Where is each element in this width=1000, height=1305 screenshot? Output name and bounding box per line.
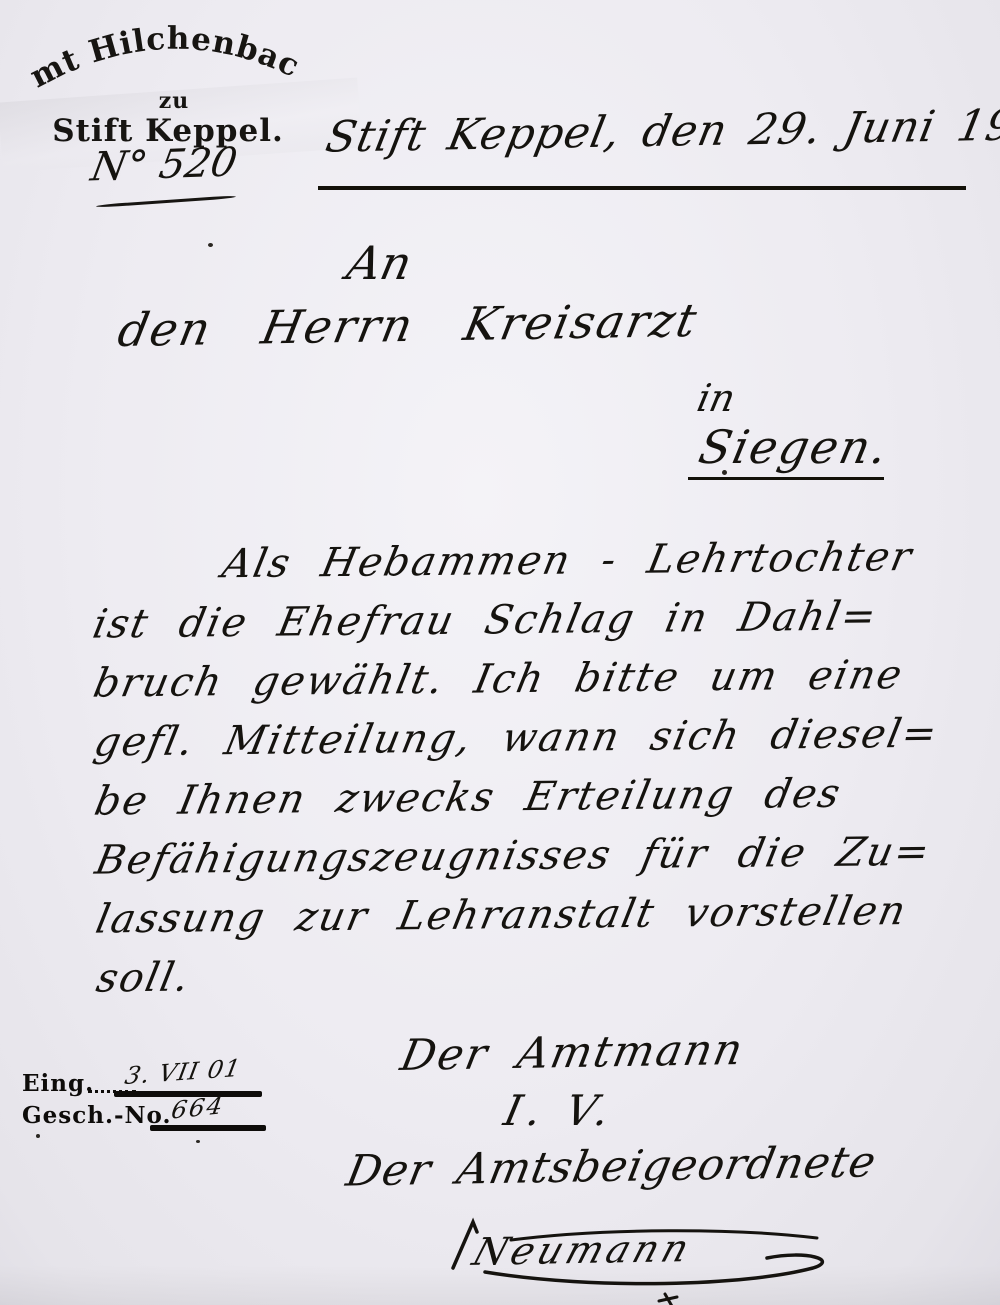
signature-in-vertretung: I. V. bbox=[500, 1086, 620, 1135]
letterhead-connector: zu bbox=[159, 88, 190, 114]
signature-office-title: Der Amtmann bbox=[397, 1025, 749, 1081]
received-label: Eing. bbox=[22, 1070, 94, 1097]
body-line: be Ihnen zwecks Erteilung des bbox=[89, 763, 971, 831]
received-value: 3. VII 01 bbox=[123, 1054, 244, 1090]
file-number-underline bbox=[96, 195, 236, 208]
body-line: ist die Ehefrau Schlag in Dahl= bbox=[88, 586, 970, 654]
dateline: Stift Keppel, den 29. Juni 1901. bbox=[322, 99, 1000, 162]
signature-deputy-title: Der Amtsbeigeordnete bbox=[342, 1137, 880, 1196]
body-line: soll. bbox=[91, 940, 973, 1008]
ink-speck bbox=[722, 470, 727, 475]
letterhead-office: Amt Hilchenbach bbox=[18, 10, 305, 95]
file-number-row: Gesch.-No. 664 bbox=[22, 1102, 171, 1134]
file-number: N° 520 bbox=[87, 140, 240, 191]
body-line: Befähigungszeugnisses für die Zu= bbox=[90, 822, 972, 890]
letterhead: Amt Hilchenbach zu Stift Keppel. bbox=[18, 10, 318, 150]
body-line: gefl. Mitteilung, wann sich diesel= bbox=[89, 704, 971, 772]
dateline-underline bbox=[318, 186, 966, 190]
ink-speck bbox=[196, 1140, 200, 1143]
address-preposition: in bbox=[693, 376, 739, 420]
ink-speck bbox=[36, 1134, 40, 1138]
letter-page: Amt Hilchenbach zu Stift Keppel. N° 520 … bbox=[0, 0, 1000, 1305]
file-number-value: 664 bbox=[169, 1091, 226, 1124]
address-city-underline bbox=[688, 477, 884, 480]
signature-name: Neumann bbox=[468, 1226, 699, 1274]
body-line: Als Hebammen - Lehrtochter bbox=[87, 527, 969, 595]
address-salutation: An bbox=[342, 236, 416, 290]
address-city: Siegen. bbox=[694, 420, 894, 474]
address-recipient: den Herrn Kreisarzt bbox=[114, 293, 703, 357]
body-line: lassung zur Lehranstalt vorstellen bbox=[91, 881, 973, 949]
received-row: Eing. 3. VII 01 bbox=[22, 1070, 171, 1102]
file-number-label: Gesch.-No. bbox=[22, 1102, 171, 1129]
body-line: bruch gewählt. Ich bitte um eine bbox=[88, 645, 970, 713]
file-number-rule bbox=[150, 1125, 266, 1131]
ink-speck bbox=[208, 243, 213, 247]
letter-body: Als Hebammen - Lehrtochter ist die Ehefr… bbox=[93, 527, 968, 1008]
receipt-stamp: Eing. 3. VII 01 Gesch.-No. 664 bbox=[22, 1070, 171, 1134]
